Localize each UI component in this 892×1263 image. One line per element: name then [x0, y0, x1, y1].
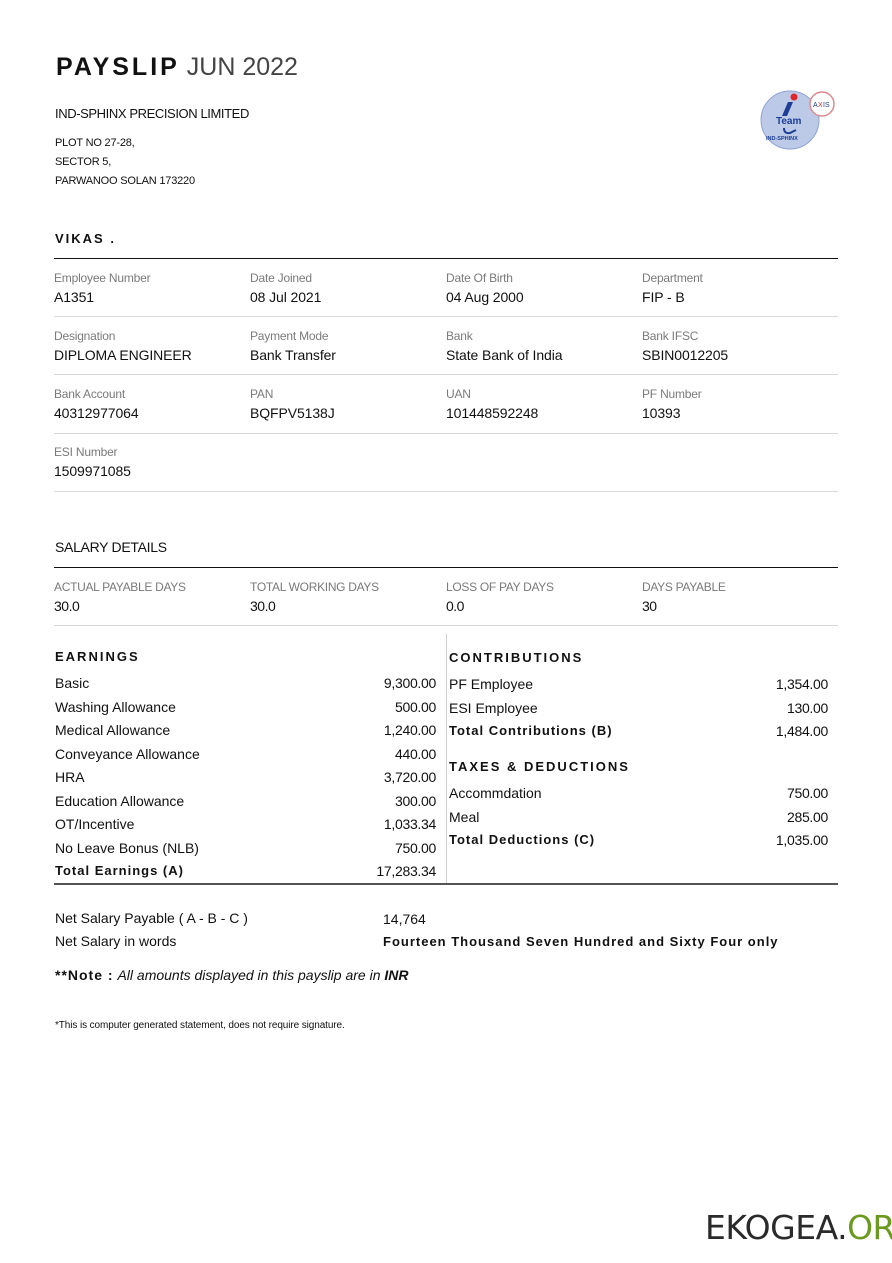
line-item-name: ESI Employee — [449, 700, 538, 716]
divider — [54, 374, 838, 375]
field-pan: PAN BQFPV5138J — [250, 387, 440, 421]
payslip-title: PAYSLIP JUN 2022 — [56, 52, 298, 82]
line-item-amount: 1,354.00 — [776, 676, 828, 692]
svg-text:Team: Team — [776, 116, 801, 127]
line-item-amount: 440.00 — [395, 746, 436, 762]
line-item-row: Conveyance Allowance440.00 — [55, 746, 436, 762]
footer-disclaimer: *This is computer generated statement, d… — [55, 1020, 345, 1031]
line-item-amount: 9,300.00 — [384, 675, 436, 691]
line-item-row: OT/Incentive1,033.34 — [55, 816, 436, 832]
line-item-row: Meal285.00 — [449, 809, 828, 825]
address-line-1: PLOT NO 27-28, — [55, 137, 135, 149]
field-label: ESI Number — [54, 445, 244, 459]
field-label: UAN — [446, 387, 636, 401]
table-bottom-rule — [54, 883, 838, 885]
divider — [54, 258, 838, 259]
total-row: Total Earnings (A)17,283.34 — [55, 863, 436, 879]
field-uan: UAN 101448592248 — [446, 387, 636, 421]
field-value: SBIN0012205 — [642, 347, 832, 363]
line-item-amount: 300.00 — [395, 793, 436, 809]
field-label: Designation — [54, 329, 244, 343]
column-divider — [446, 634, 447, 884]
line-item-amount: 500.00 — [395, 699, 436, 715]
field-label: Department — [642, 271, 832, 285]
divider — [54, 625, 838, 626]
line-item-name: Washing Allowance — [55, 699, 176, 715]
line-item-amount: 17,283.34 — [376, 863, 436, 879]
field-value: A1351 — [54, 289, 244, 305]
total-working-days: TOTAL WORKING DAYS 30.0 — [250, 580, 440, 614]
field-label: PAN — [250, 387, 440, 401]
address-line-3: PARWANOO SOLAN 173220 — [55, 175, 195, 187]
line-item-amount: 1,033.34 — [384, 816, 436, 832]
field-label: PF Number — [642, 387, 832, 401]
field-esi-number: ESI Number 1509971085 — [54, 445, 244, 479]
field-bank-account: Bank Account 40312977064 — [54, 387, 244, 421]
divider — [54, 316, 838, 317]
pay-period: JUN 2022 — [187, 53, 298, 81]
line-item-row: No Leave Bonus (NLB)750.00 — [55, 840, 436, 856]
field-value: 0.0 — [446, 598, 636, 614]
line-item-row: PF Employee1,354.00 — [449, 676, 828, 692]
total-row: Total Deductions (C)1,035.00 — [449, 832, 828, 848]
line-item-amount: 130.00 — [787, 700, 828, 716]
divider — [54, 433, 838, 434]
line-item-amount: 1,035.00 — [776, 832, 828, 848]
salary-details-heading: SALARY DETAILS — [55, 539, 167, 555]
line-item-row: Education Allowance300.00 — [55, 793, 436, 809]
field-value: 04 Aug 2000 — [446, 289, 636, 305]
line-item-row: Accommdation750.00 — [449, 785, 828, 801]
field-value: 40312977064 — [54, 405, 244, 421]
team-axis-logo-icon: Team IND-SPHINX A X IS — [760, 88, 840, 156]
line-item-row: Medical Allowance1,240.00 — [55, 722, 436, 738]
field-value: BQFPV5138J — [250, 405, 440, 421]
field-label: ACTUAL PAYABLE DAYS — [54, 580, 244, 594]
field-value: 08 Jul 2021 — [250, 289, 440, 305]
line-item-name: Conveyance Allowance — [55, 746, 200, 762]
actual-payable-days: ACTUAL PAYABLE DAYS 30.0 — [54, 580, 244, 614]
field-value: 10393 — [642, 405, 832, 421]
line-item-name: HRA — [55, 769, 85, 785]
net-salary-value: 14,764 — [383, 911, 426, 927]
earnings-heading: EARNINGS — [55, 649, 140, 664]
line-item-name: Total Contributions (B) — [449, 723, 613, 739]
field-label: Bank — [446, 329, 636, 343]
field-label: Employee Number — [54, 271, 244, 285]
watermark-part1: EKOGEA. — [705, 1208, 847, 1247]
field-value: 1509971085 — [54, 463, 244, 479]
line-item-row: ESI Employee130.00 — [449, 700, 828, 716]
line-item-row: HRA3,720.00 — [55, 769, 436, 785]
line-item-name: Total Earnings (A) — [55, 863, 184, 879]
field-bank: Bank State Bank of India — [446, 329, 636, 363]
svg-text:IS: IS — [823, 102, 830, 109]
note-prefix: **Note : — [55, 967, 114, 983]
field-label: DAYS PAYABLE — [642, 580, 832, 594]
line-item-name: OT/Incentive — [55, 816, 134, 832]
field-department: Department FIP - B — [642, 271, 832, 305]
line-item-name: Basic — [55, 675, 89, 691]
field-label: LOSS OF PAY DAYS — [446, 580, 636, 594]
divider — [54, 491, 838, 492]
line-item-name: Education Allowance — [55, 793, 184, 809]
net-words-value: Fourteen Thousand Seven Hundred and Sixt… — [383, 934, 779, 949]
line-item-name: No Leave Bonus (NLB) — [55, 840, 199, 856]
field-value: 30.0 — [54, 598, 244, 614]
line-item-amount: 1,484.00 — [776, 723, 828, 739]
title-label: PAYSLIP — [56, 53, 180, 81]
field-value: 30.0 — [250, 598, 440, 614]
line-item-name: Total Deductions (C) — [449, 832, 595, 848]
field-employee-number: Employee Number A1351 — [54, 271, 244, 305]
field-pf-number: PF Number 10393 — [642, 387, 832, 421]
line-item-row: Basic9,300.00 — [55, 675, 436, 691]
net-salary-label: Net Salary Payable ( A - B - C ) — [55, 910, 248, 926]
line-item-name: Accommdation — [449, 785, 542, 801]
loss-of-pay-days: LOSS OF PAY DAYS 0.0 — [446, 580, 636, 614]
field-payment-mode: Payment Mode Bank Transfer — [250, 329, 440, 363]
address-line-2: SECTOR 5, — [55, 156, 111, 168]
divider — [54, 567, 838, 568]
company-name: IND-SPHINX PRECISION LIMITED — [55, 106, 249, 121]
field-value: 101448592248 — [446, 405, 636, 421]
field-date-of-birth: Date Of Birth 04 Aug 2000 — [446, 271, 636, 305]
field-value: 30 — [642, 598, 832, 614]
line-item-name: Meal — [449, 809, 479, 825]
field-designation: Designation DIPLOMA ENGINEER — [54, 329, 244, 363]
currency-note: **Note : All amounts displayed in this p… — [55, 967, 409, 983]
contributions-heading: CONTRIBUTIONS — [449, 650, 583, 665]
watermark: EKOGEA.ORG — [705, 1208, 892, 1247]
field-value: FIP - B — [642, 289, 832, 305]
field-label: Date Joined — [250, 271, 440, 285]
line-item-amount: 285.00 — [787, 809, 828, 825]
net-words-label: Net Salary in words — [55, 933, 176, 949]
note-currency: INR — [384, 967, 408, 983]
field-label: Bank Account — [54, 387, 244, 401]
days-payable: DAYS PAYABLE 30 — [642, 580, 832, 614]
deductions-heading: TAXES & DEDUCTIONS — [449, 759, 630, 774]
svg-text:IND-SPHINX: IND-SPHINX — [766, 136, 798, 142]
line-item-amount: 750.00 — [787, 785, 828, 801]
total-row: Total Contributions (B)1,484.00 — [449, 723, 828, 739]
employee-name: VIKAS . — [55, 231, 116, 246]
field-label: Bank IFSC — [642, 329, 832, 343]
field-label: TOTAL WORKING DAYS — [250, 580, 440, 594]
line-item-amount: 3,720.00 — [384, 769, 436, 785]
line-item-amount: 750.00 — [395, 840, 436, 856]
field-value: DIPLOMA ENGINEER — [54, 347, 244, 363]
field-value: State Bank of India — [446, 347, 636, 363]
field-label: Date Of Birth — [446, 271, 636, 285]
line-item-name: PF Employee — [449, 676, 533, 692]
line-item-amount: 1,240.00 — [384, 722, 436, 738]
field-bank-ifsc: Bank IFSC SBIN0012205 — [642, 329, 832, 363]
field-value: Bank Transfer — [250, 347, 440, 363]
field-label: Payment Mode — [250, 329, 440, 343]
note-text: All amounts displayed in this payslip ar… — [117, 967, 380, 983]
line-item-row: Washing Allowance500.00 — [55, 699, 436, 715]
line-item-name: Medical Allowance — [55, 722, 170, 738]
watermark-part2: ORG — [847, 1208, 892, 1247]
field-date-joined: Date Joined 08 Jul 2021 — [250, 271, 440, 305]
